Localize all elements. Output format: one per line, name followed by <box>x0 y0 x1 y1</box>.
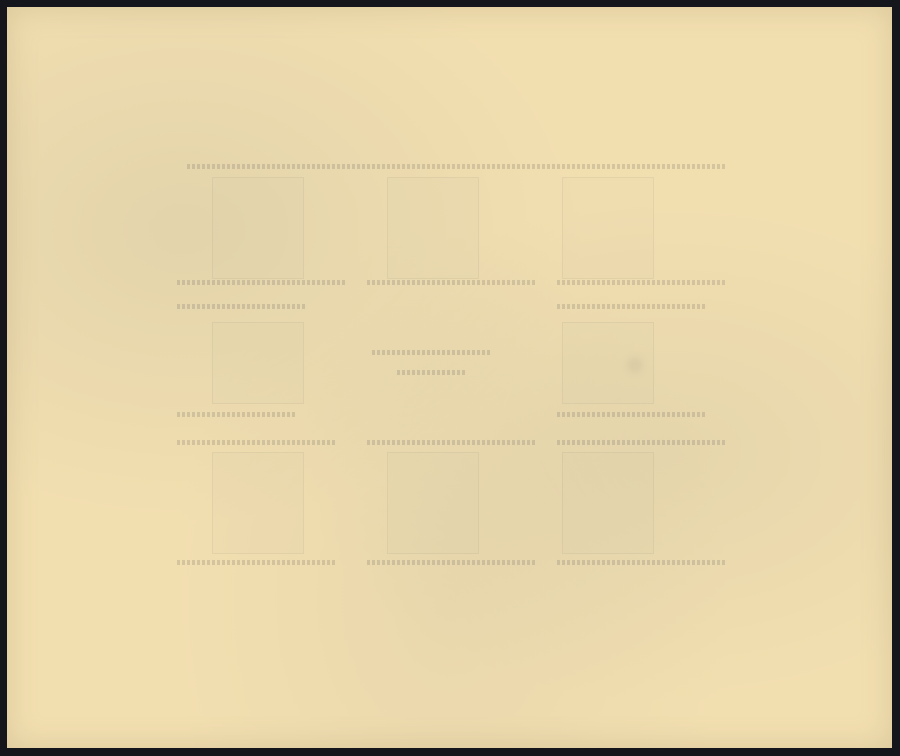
show-through-text-line <box>557 304 707 309</box>
ghost-stamp <box>562 177 654 279</box>
show-through-text-line <box>397 370 467 375</box>
show-through-text-line <box>367 560 537 565</box>
show-through-text-line <box>557 560 727 565</box>
ghost-stamp <box>212 322 304 404</box>
show-through-text-line <box>372 350 492 355</box>
show-through-text-line <box>367 440 537 445</box>
show-through-text-line <box>177 304 307 309</box>
ghost-stamp <box>387 177 479 279</box>
show-through-text-line <box>367 280 537 285</box>
show-through-text-line <box>177 560 337 565</box>
stamp-sheet-back <box>7 7 892 748</box>
ghost-stamp <box>387 452 479 554</box>
show-through-text-line <box>177 440 337 445</box>
show-through-stamp-grid <box>177 162 737 572</box>
show-through-mark <box>627 357 643 373</box>
ghost-stamp <box>562 452 654 554</box>
show-through-text-line <box>177 280 347 285</box>
ghost-stamp <box>212 177 304 279</box>
ghost-stamp <box>212 452 304 554</box>
show-through-text-line <box>557 440 727 445</box>
show-through-text-line <box>177 412 297 417</box>
show-through-text-line <box>187 164 727 169</box>
show-through-text-line <box>557 412 707 417</box>
show-through-text-line <box>557 280 727 285</box>
